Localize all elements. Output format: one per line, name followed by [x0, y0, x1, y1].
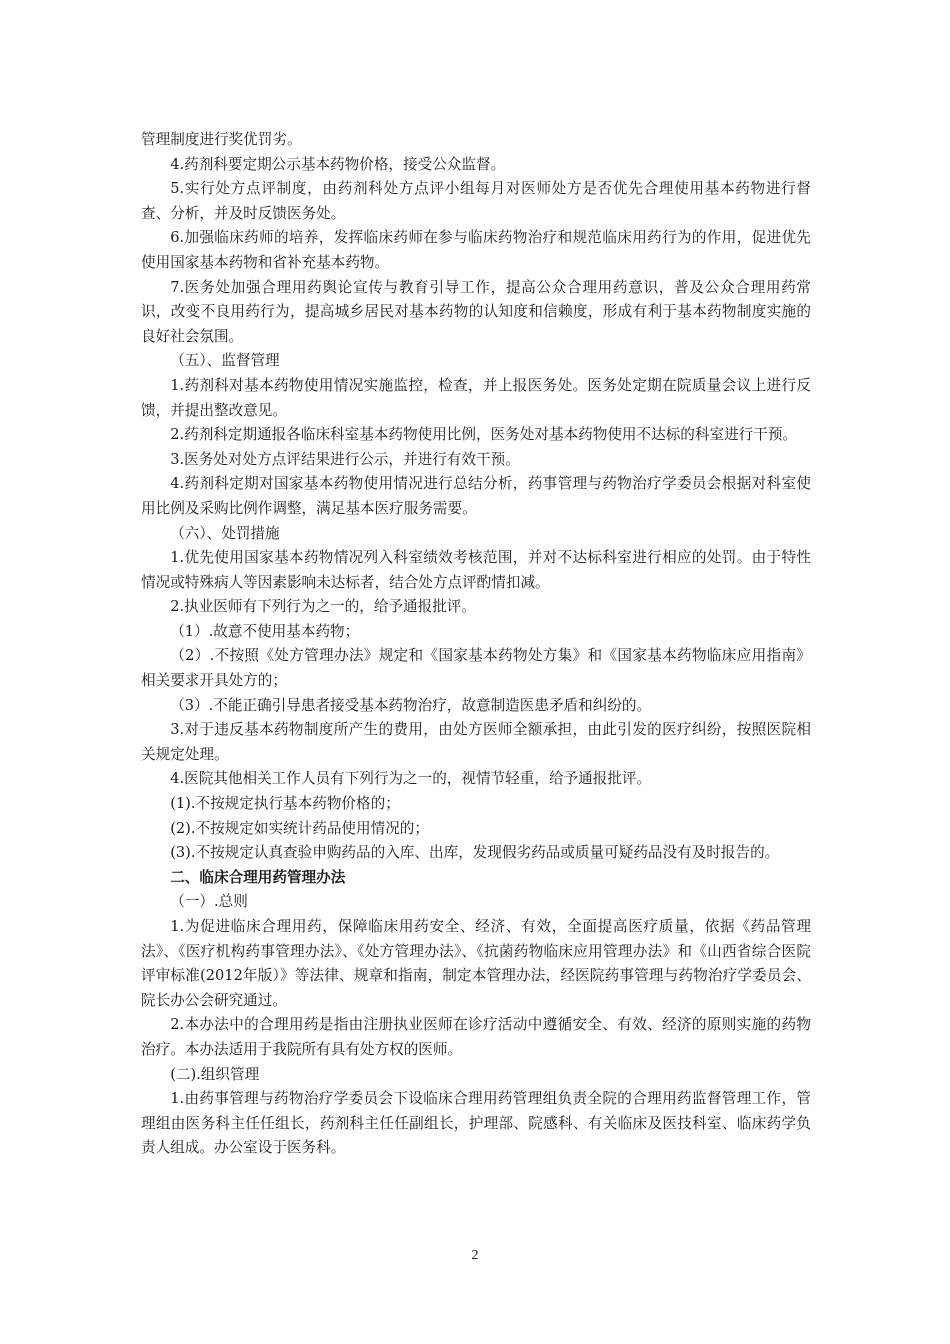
section-heading-penalties: （六）、处罚措施 — [141, 522, 811, 547]
paragraph-penalties-1: 1.优先使用国家基本药物情况列入科室绩效考核范围，并对不达标科室进行相应的处罚。… — [141, 546, 811, 595]
section-heading-organization: (二).组织管理 — [141, 1063, 811, 1088]
paragraph-supervision-2: 2.药剂科定期通报各临床科室基本药物使用比例，医务处对基本药物使用不达标的科室进… — [141, 423, 811, 448]
paragraph-penalties-2-sub-2: （2）.不按照《处方管理办法》规定和《国家基本药物处方集》和《国家基本药物临床应… — [141, 644, 811, 693]
paragraph-supervision-1: 1.药剂科对基本药物使用情况实施监控，检查，并上报医务处。医务处定期在院质量会议… — [141, 374, 811, 423]
paragraph-item-7-publicity: 7.医务处加强合理用药舆论宣传与教育引导工作，提高公众合理用药意识，普及公众合理… — [141, 276, 811, 350]
paragraph-penalties-2-sub-3: （3）.不能正确引导患者接受基本药物治疗，故意制造医患矛盾和纠纷的。 — [141, 694, 811, 719]
paragraph-organization-1: 1.由药事管理与药物治疗学委员会下设临床合理用药管理组负责全院的合理用药监督管理… — [141, 1087, 811, 1161]
paragraph-penalties-4-sub-3: (3).不按规定认真查验申购药品的入库、出库，发现假劣药品或质量可疑药品没有及时… — [141, 841, 811, 866]
paragraph-item-5-prescription-review: 5.实行处方点评制度，由药剂科处方点评小组每月对医师处方是否优先合理使用基本药物… — [141, 177, 811, 226]
paragraph-penalties-4-sub-2: (2).不按规定如实统计药品使用情况的； — [141, 817, 811, 842]
document-page: 管理制度进行奖优罚劣。 4.药剂科要定期公示基本药物价格，接受公众监督。 5.实… — [0, 0, 950, 1344]
paragraph-supervision-4: 4.药剂科定期对国家基本药物使用情况进行总结分析，药事管理与药物治疗学委员会根据… — [141, 472, 811, 521]
page-number: 2 — [0, 1248, 950, 1264]
paragraph-general-1: 1.为促进临床合理用药，保障临床用药安全、经济、有效，全面提高医疗质量，依据《药… — [141, 915, 811, 1013]
paragraph-supervision-3: 3.医务处对处方点评结果进行公示，并进行有效干预。 — [141, 448, 811, 473]
paragraph-penalties-4-sub-1: (1).不按规定执行基本药物价格的； — [141, 792, 811, 817]
section-heading-general-rules: （一）.总则 — [141, 890, 811, 915]
chapter-heading-rational-drug-use: 二、临床合理用药管理办法 — [141, 866, 811, 891]
paragraph-penalties-2: 2.执业医师有下列行为之一的，给予通报批评。 — [141, 595, 811, 620]
section-heading-supervision: （五）、监督管理 — [141, 349, 811, 374]
paragraph-item-4-price-disclosure: 4.药剂科要定期公示基本药物价格，接受公众监督。 — [141, 153, 811, 178]
paragraph-penalties-3: 3.对于违反基本药物制度所产生的费用，由处方医师全额承担，由此引发的医疗纠纷，按… — [141, 718, 811, 767]
document-body: 管理制度进行奖优罚劣。 4.药剂科要定期公示基本药物价格，接受公众监督。 5.实… — [141, 128, 811, 1161]
paragraph-continuation: 管理制度进行奖优罚劣。 — [141, 128, 811, 153]
paragraph-item-6-pharmacist-training: 6.加强临床药师的培养，发挥临床药师在参与临床药物治疗和规范临床用药行为的作用，… — [141, 226, 811, 275]
paragraph-penalties-2-sub-1: （1）.故意不使用基本药物； — [141, 620, 811, 645]
paragraph-general-2: 2.本办法中的合理用药是指由注册执业医师在诊疗活动中遵循安全、有效、经济的原则实… — [141, 1013, 811, 1062]
paragraph-penalties-4: 4.医院其他相关工作人员有下列行为之一的，视情节轻重，给予通报批评。 — [141, 767, 811, 792]
